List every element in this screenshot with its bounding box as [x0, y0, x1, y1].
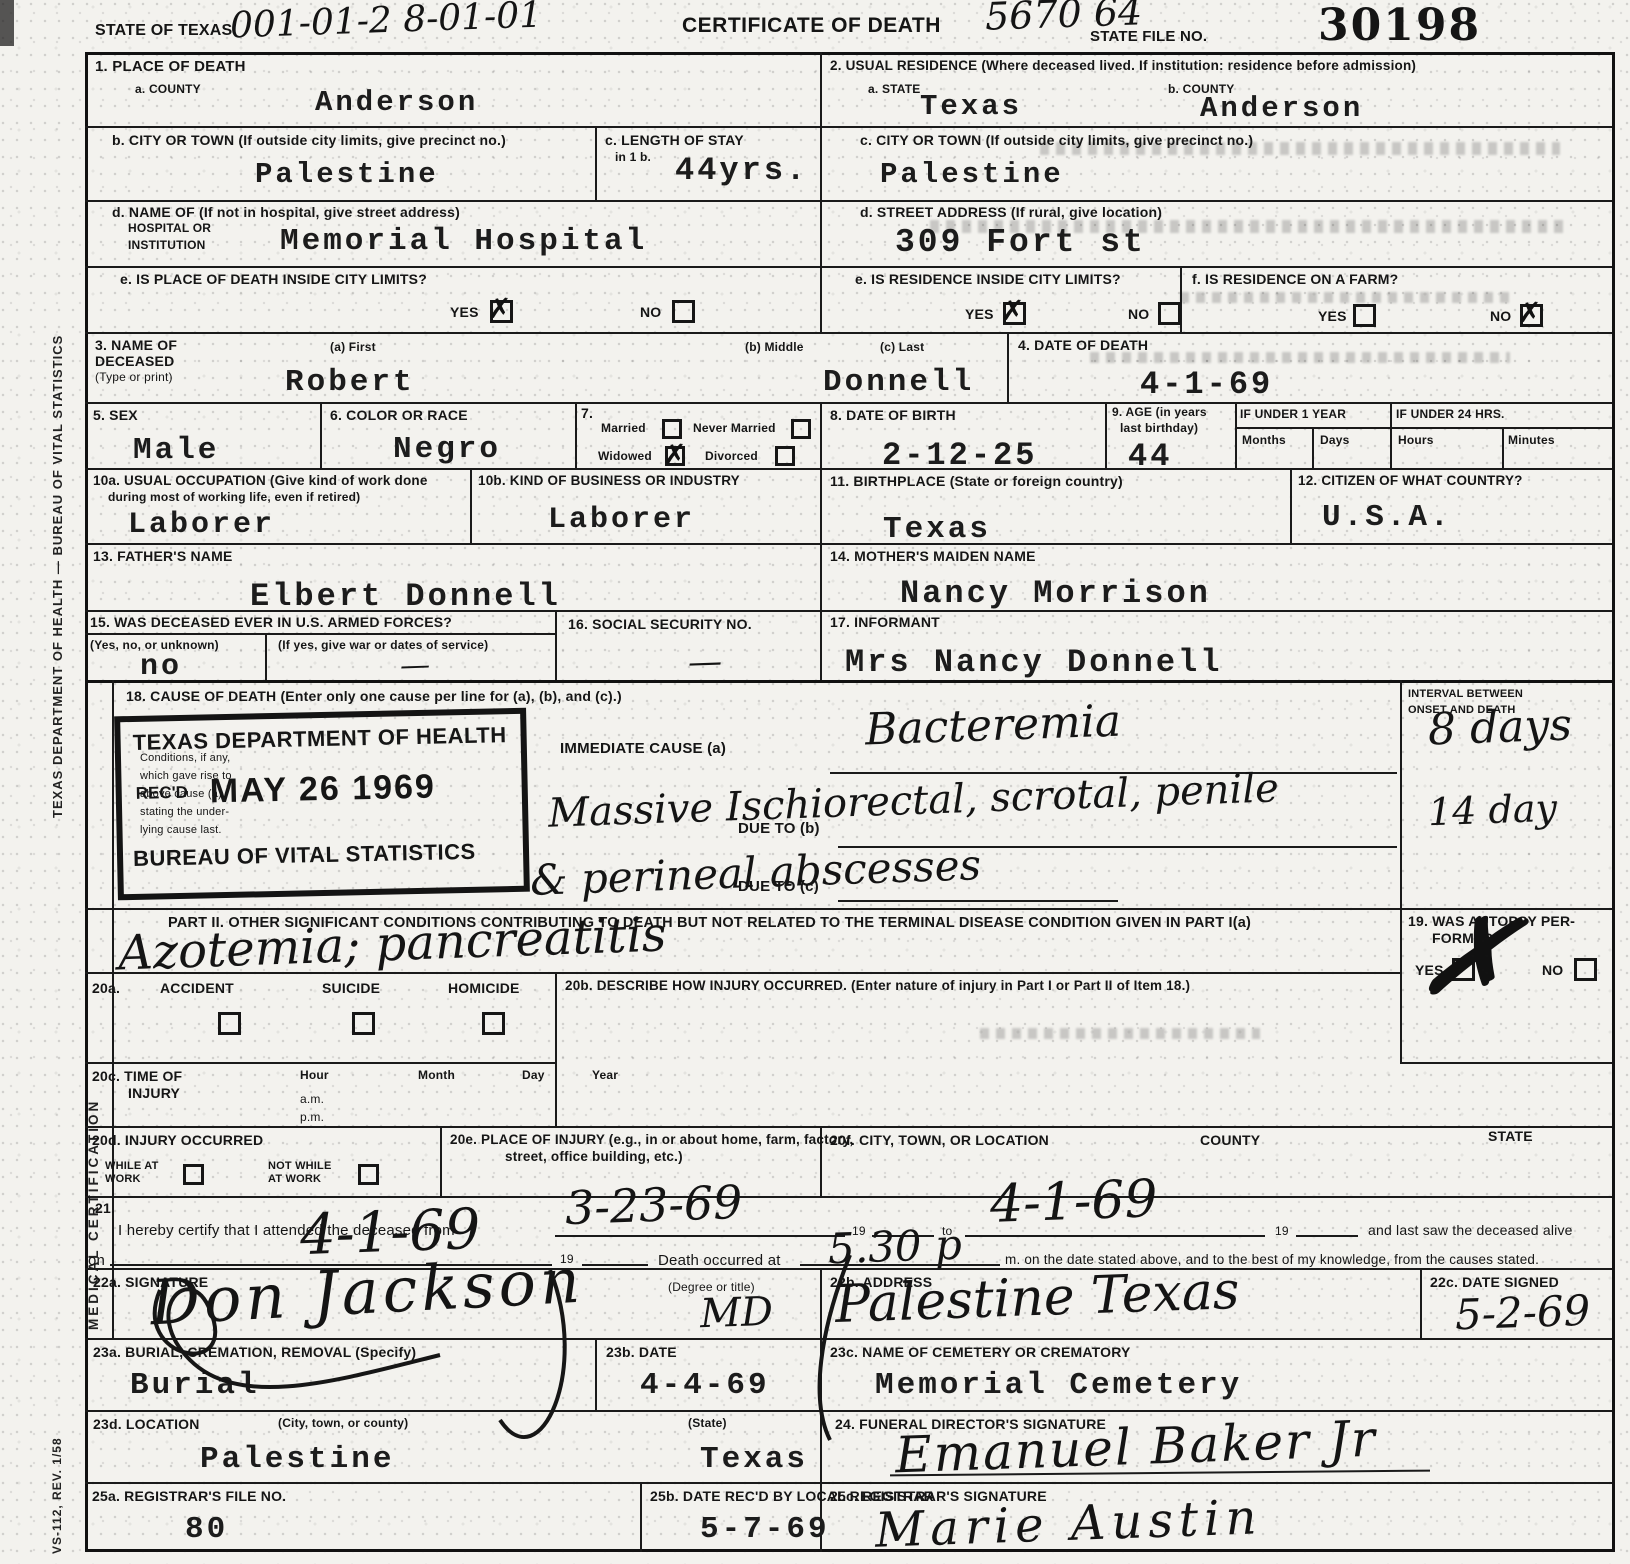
length-of-stay-value: 44yrs. [675, 152, 808, 189]
fathers-name-label: 13. FATHER'S NAME [93, 548, 233, 564]
year-prefix-2: 19 [1275, 1224, 1289, 1238]
attended-from-date: 3-23-69 [564, 1175, 743, 1235]
not-while-at-work-checkbox[interactable] [358, 1164, 379, 1185]
immediate-cause-value: Bacteremia [864, 696, 1122, 756]
physician-signature: Don Jackson [148, 1244, 585, 1340]
residence-county-value: Anderson [1200, 92, 1363, 125]
hospital-name-label: d. NAME OF (If not in hospital, give str… [112, 204, 460, 220]
scan-smudge [0, 0, 14, 46]
birthplace-label: 11. BIRTHPLACE (State or foreign country… [830, 473, 1123, 489]
grid-line [85, 1482, 1612, 1484]
place-of-death-label: 1. PLACE OF DEATH [95, 58, 246, 75]
street-address-label: d. STREET ADDRESS (If rural, give locati… [860, 204, 1162, 220]
grid-line [112, 680, 114, 1338]
fill-line [555, 1235, 845, 1237]
residence-state-value: Texas [920, 90, 1022, 123]
grid-line [820, 543, 822, 610]
hours-label: Hours [1398, 433, 1434, 447]
fill-line [582, 1264, 648, 1266]
married-label: Married [601, 421, 646, 435]
grid-line [85, 1549, 1615, 1552]
grid-line [555, 610, 557, 680]
grid-line [1007, 332, 1009, 402]
street-address-value: 309 Fort st [895, 224, 1146, 261]
never-married-label: Never Married [693, 421, 776, 435]
hospital-name-label-3: INSTITUTION [128, 238, 206, 252]
never-married-checkbox[interactable] [791, 419, 811, 439]
fill-line [965, 1235, 1265, 1237]
industry-value: Laborer [548, 503, 695, 537]
bleedthrough-text [1090, 352, 1510, 363]
age-label: 9. AGE (in years [1112, 405, 1207, 419]
residence-state-label: a. STATE [868, 82, 921, 96]
residence-city-limits-yes-label: YES [965, 306, 994, 322]
industry-label: 10b. KIND OF BUSINESS OR INDUSTRY [478, 473, 740, 488]
grid-line [1105, 402, 1107, 468]
grid-line [820, 1410, 822, 1482]
cemetery-name-value: Memorial Cemetery [875, 1368, 1242, 1403]
agency-vertical-label: TEXAS DEPARTMENT OF HEALTH — BUREAU OF V… [50, 268, 65, 818]
residence-farm-yes-checkbox[interactable] [1353, 304, 1376, 327]
residence-city-limits-label: e. IS RESIDENCE INSIDE CITY LIMITS? [855, 271, 1121, 287]
death-certificate-scan: STATE OF TEXAS 001-01-2 8-01-01 CERTIFIC… [0, 0, 1630, 1564]
marital-status-label: 7. [581, 405, 593, 421]
grid-line [440, 1126, 442, 1196]
alive-text: and last saw the deceased alive [1368, 1222, 1573, 1238]
occupation-label-2: during most of working life, even if ret… [108, 490, 360, 504]
pm-label: p.m. [300, 1110, 324, 1124]
death-city-limits-yes-label: YES [450, 304, 479, 320]
certificate-title: CERTIFICATE OF DEATH [682, 14, 941, 38]
grid-line [85, 332, 1612, 334]
burial-location-state-value: Texas [700, 1442, 808, 1477]
length-of-stay-label: c. LENGTH OF STAY [605, 132, 744, 148]
grid-line [1312, 427, 1314, 468]
registrar-file-no-value: 80 [185, 1512, 228, 1547]
stamp-date: MAY 26 1969 [209, 768, 436, 812]
date-signed-value: 5-2-69 [1454, 1286, 1591, 1340]
grid-line [1502, 427, 1504, 468]
citizen-label: 12. CITIZEN OF WHAT COUNTRY? [1298, 473, 1523, 488]
color-race-label: 6. COLOR OR RACE [330, 407, 468, 423]
homicide-checkbox[interactable] [482, 1012, 505, 1035]
hour-label: Hour [300, 1068, 329, 1082]
grid-line [85, 1126, 1612, 1128]
first-name-value: Robert [285, 365, 415, 400]
date-of-death-label: 4. DATE OF DEATH [1018, 337, 1148, 353]
grid-line [555, 972, 557, 1126]
month-label: Month [418, 1068, 455, 1082]
grid-line [85, 1062, 555, 1064]
married-checkbox[interactable] [662, 419, 682, 439]
date-recd-value: 5-7-69 [700, 1512, 830, 1547]
while-at-work-checkbox[interactable] [183, 1164, 204, 1185]
grid-line [85, 543, 1612, 545]
due-to-c-value: & perineal abscesses [529, 840, 982, 905]
describe-injury-label: 20b. DESCRIBE HOW INJURY OCCURRED. (Ente… [565, 978, 1190, 993]
cemetery-name-label: 23c. NAME OF CEMETERY OR CREMATORY [830, 1344, 1131, 1360]
usual-residence-label: 2. USUAL RESIDENCE (Where deceased lived… [830, 58, 1416, 73]
hospital-name-label-2: HOSPITAL OR [128, 221, 211, 235]
sex-value: Male [133, 433, 219, 468]
grid-line [595, 126, 597, 200]
days-label: Days [1320, 433, 1350, 447]
attended-to-date: 4-1-69 [989, 1169, 1158, 1235]
grid-line [1400, 1062, 1612, 1064]
day-label: Day [522, 1068, 545, 1082]
state-of-texas-label: STATE OF TEXAS [95, 22, 232, 40]
grid-line [470, 468, 472, 543]
color-race-value: Negro [393, 432, 501, 467]
grid-line [85, 1338, 1612, 1340]
grid-line [85, 402, 1612, 404]
interval-label-1: INTERVAL BETWEEN [1408, 688, 1523, 700]
grid-line [820, 402, 822, 468]
ssn-label: 16. SOCIAL SECURITY NO. [568, 616, 752, 632]
form-code-vertical-label: VS-112, REV. 1/58 [50, 1382, 64, 1554]
date-of-birth-value: 2-12-25 [882, 437, 1037, 474]
place-city-value: Palestine [255, 158, 439, 191]
grid-line [85, 52, 88, 1552]
residence-city-value: Palestine [880, 158, 1064, 191]
divorced-label: Divorced [705, 449, 758, 463]
injury-state-label: STATE [1488, 1128, 1533, 1144]
stamp-bureau-line: BUREAU OF VITAL STATISTICS [133, 839, 476, 872]
homicide-label: HOMICIDE [448, 980, 520, 996]
interval-b-value: 14 day [1427, 786, 1557, 834]
age-label-2: last birthday) [1120, 421, 1198, 435]
grid-line [640, 1482, 642, 1552]
burial-type-label: 23a. BURIAL, CREMATION, REMOVAL (Specify… [93, 1344, 416, 1360]
state-file-no-label: STATE FILE NO. [1090, 28, 1207, 45]
mothers-maiden-name-label: 14. MOTHER'S MAIDEN NAME [830, 548, 1036, 564]
months-label: Months [1242, 433, 1286, 447]
on-label: on [88, 1252, 105, 1269]
widowed-checkbox[interactable] [665, 446, 685, 466]
length-of-stay-sublabel: in 1 b. [615, 150, 651, 164]
birthplace-value: Texas [883, 512, 991, 547]
armed-forces-label: 15. WAS DECEASED EVER IN U.S. ARMED FORC… [90, 614, 452, 630]
suicide-checkbox[interactable] [352, 1012, 375, 1035]
armed-forces-value: no [140, 650, 182, 684]
while-at-work-label-2: WORK [105, 1173, 141, 1185]
grid-line [85, 266, 1612, 268]
grid-line [820, 1268, 822, 1338]
grid-line [820, 610, 822, 680]
grid-line [820, 52, 822, 332]
physician-address-value: Palestine Texas [834, 1261, 1240, 1335]
minutes-label: Minutes [1508, 433, 1555, 447]
residence-city-limits-yes-checkbox[interactable] [1003, 302, 1026, 325]
bleedthrough-text [1180, 292, 1510, 303]
grid-line [85, 633, 555, 635]
autopsy-no-checkbox[interactable] [1574, 958, 1597, 981]
ssn-dash: — [687, 641, 722, 682]
age-value: 44 [1128, 438, 1172, 475]
grid-line [1235, 427, 1612, 429]
accident-checkbox[interactable] [218, 1012, 241, 1035]
residence-city-limits-no-label: NO [1128, 306, 1149, 322]
cause-of-death-label: 18. CAUSE OF DEATH (Enter only one cause… [126, 688, 622, 704]
accident-label: ACCIDENT [160, 980, 234, 996]
burial-location-city-value: Palestine [200, 1442, 394, 1477]
informant-label: 17. INFORMANT [830, 614, 940, 630]
bleedthrough-text [980, 1028, 1260, 1039]
place-city-label: b. CITY OR TOWN (If outside city limits,… [112, 132, 506, 148]
certify-closing-text: m. on the date stated above, and to the … [1005, 1252, 1539, 1267]
burial-location-city-sublabel: (City, town, or county) [278, 1416, 408, 1430]
time-of-injury-label-2: INJURY [128, 1085, 180, 1101]
degree-value: MD [699, 1289, 774, 1338]
grid-line [1420, 1268, 1422, 1338]
residence-farm-no-label: NO [1490, 308, 1511, 324]
grid-line [595, 1338, 597, 1410]
burial-date-label: 23b. DATE [606, 1344, 677, 1360]
registrar-file-no-label: 25a. REGISTRAR'S FILE NO. [92, 1488, 286, 1504]
burial-type-value: Burial [130, 1368, 260, 1403]
not-while-at-work-label-2: AT WORK [268, 1173, 321, 1185]
grid-line [85, 126, 1612, 128]
handwritten-district-code: 001-01-2 8-01-01 [229, 0, 542, 46]
not-while-at-work-label-1: NOT WHILE [268, 1160, 332, 1172]
occupation-label: 10a. USUAL OCCUPATION (Give kind of work… [93, 473, 428, 488]
residence-city-label: c. CITY OR TOWN (If outside city limits,… [860, 132, 1253, 148]
informant-value: Mrs Nancy Donnell [845, 644, 1222, 681]
widowed-label: Widowed [598, 449, 652, 463]
name-of-deceased-label-3: (Type or print) [95, 370, 173, 384]
citizen-value: U.S.A. [1322, 500, 1452, 535]
residence-city-limits-no-checkbox[interactable] [1158, 302, 1181, 325]
grid-line [85, 1410, 1612, 1412]
occupation-value: Laborer [128, 508, 275, 542]
while-at-work-label-1: WHILE AT [105, 1160, 159, 1172]
manner-label: 20a. [92, 980, 120, 996]
place-county-value: Anderson [315, 86, 478, 119]
grid-line [820, 1338, 822, 1410]
under-24-hrs-label: IF UNDER 24 HRS. [1396, 407, 1505, 421]
fill-line [800, 1264, 1000, 1266]
last-name-label: (c) Last [880, 340, 924, 354]
death-city-limits-yes-checkbox[interactable] [490, 300, 513, 323]
grid-line [85, 468, 1612, 470]
armed-forces-sublabel-2: (If yes, give war or dates of service) [278, 638, 488, 652]
residence-farm-yes-label: YES [1318, 308, 1347, 324]
under-1-year-label: IF UNDER 1 YEAR [1240, 407, 1346, 421]
due-to-b-value: Massive Ischiorectal, scrotal, penile [547, 765, 1279, 836]
autopsy-no-label: NO [1542, 962, 1563, 978]
sex-label: 5. SEX [93, 407, 138, 423]
grid-line [265, 633, 267, 680]
first-name-label: (a) First [330, 340, 376, 354]
suicide-label: SUICIDE [322, 980, 380, 996]
burial-location-state-sublabel: (State) [688, 1416, 727, 1430]
received-stamp: TEXAS DEPARTMENT OF HEALTH REC'D MAY 26 … [114, 708, 530, 901]
stamp-agency-line: TEXAS DEPARTMENT OF HEALTH [132, 722, 506, 756]
autopsy-yes-handwritten-x: ✗ [1409, 882, 1528, 1034]
place-of-injury-label-1: 20e. PLACE OF INJURY (e.g., in or about … [450, 1132, 853, 1147]
armed-forces-service-dash: — [399, 647, 430, 683]
date-of-death-value: 4-1-69 [1140, 366, 1273, 403]
grid-line [820, 468, 822, 543]
place-of-injury-label-2: street, office building, etc.) [505, 1149, 683, 1164]
grid-line [85, 52, 1615, 55]
grid-line [85, 200, 1612, 202]
injury-county-label: COUNTY [1200, 1132, 1260, 1148]
residence-farm-label: f. IS RESIDENCE ON A FARM? [1192, 271, 1398, 287]
grid-line [85, 908, 1612, 910]
certify-section-label: 21. [95, 1200, 115, 1216]
death-city-limits-no-checkbox[interactable] [672, 300, 695, 323]
immediate-cause-label: IMMEDIATE CAUSE (a) [560, 740, 726, 757]
burial-date-value: 4-4-69 [640, 1368, 770, 1403]
place-county-label: a. COUNTY [135, 82, 201, 96]
am-label: a.m. [300, 1092, 324, 1106]
injury-occurred-label: 20d. INJURY OCCURRED [92, 1132, 263, 1148]
grid-line [85, 1196, 1612, 1198]
hospital-name-value: Memorial Hospital [280, 224, 647, 259]
grid-line [1235, 402, 1237, 468]
burial-location-label: 23d. LOCATION [93, 1416, 200, 1432]
name-of-deceased-label-2: DECEASED [95, 353, 174, 369]
state-file-number-stamp: 30198 [1318, 0, 1481, 51]
fill-line [838, 900, 1118, 902]
fathers-name-value: Elbert Donnell [250, 578, 561, 615]
fill-line [1296, 1235, 1358, 1237]
residence-farm-no-checkbox[interactable] [1520, 304, 1543, 327]
grid-line [1612, 52, 1615, 1552]
name-of-deceased-label: 3. NAME OF [95, 337, 177, 353]
divorced-checkbox[interactable] [775, 446, 795, 466]
last-name-value: Donnell [823, 365, 974, 400]
grid-line [1290, 468, 1292, 543]
middle-name-label: (b) Middle [745, 340, 804, 354]
stamp-recd-label: REC'D [136, 783, 189, 804]
injury-city-label: 20f. CITY, TOWN, OR LOCATION [830, 1132, 1049, 1148]
grid-line [1400, 680, 1402, 1062]
interval-a-value: 8 days [1427, 700, 1573, 756]
date-of-birth-label: 8. DATE OF BIRTH [830, 407, 956, 423]
death-occurred-at-label: Death occurred at [658, 1252, 781, 1269]
mothers-maiden-name-value: Nancy Morrison [900, 575, 1211, 612]
death-city-limits-no-label: NO [640, 304, 661, 320]
death-city-limits-label: e. IS PLACE OF DEATH INSIDE CITY LIMITS? [120, 271, 427, 287]
time-of-injury-label-1: 20c. TIME OF [92, 1068, 182, 1084]
grid-line [320, 402, 322, 468]
grid-line [1390, 402, 1392, 468]
year-label: Year [592, 1068, 618, 1082]
grid-line [575, 402, 577, 468]
